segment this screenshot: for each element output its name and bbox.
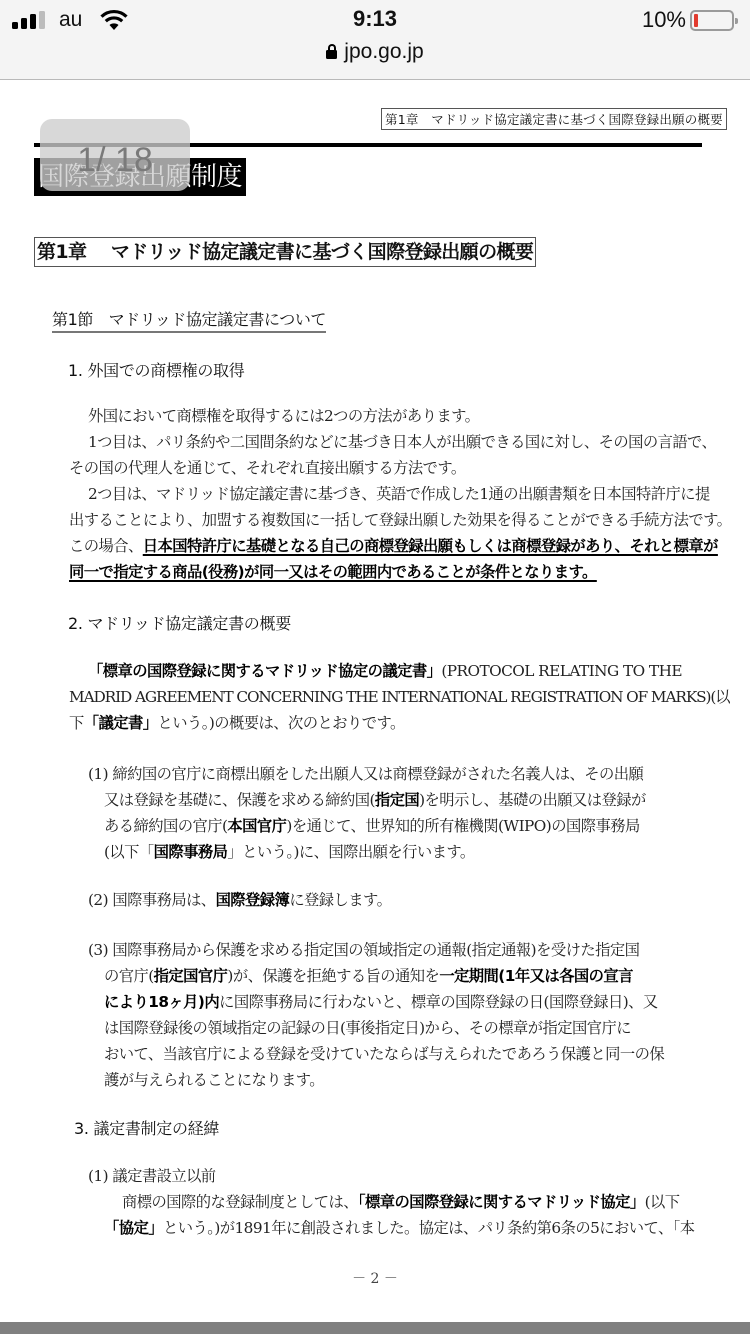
paragraph-line: 同一で指定する商品(役務)が同一又はその範囲内であることが条件となります。 xyxy=(69,559,597,585)
text: (PROTOCOL RELATING TO THE xyxy=(441,662,682,680)
emphasis-text: 本国官庁 xyxy=(227,817,286,835)
paragraph-line: ある締約国の官庁(本国官庁)を通じて、世界知的所有権機関(WIPO)の国際事務局 xyxy=(104,813,640,839)
text: 」という。)に、国際出願を行います。 xyxy=(227,843,474,861)
emphasis-text: 「標章の国際登録に関するマドリッド協定の議定書」 xyxy=(88,662,441,680)
page-number: － 2 － xyxy=(0,1268,750,1288)
paragraph-line: おいて、当該官庁による登録を受けていたならば与えられたであろう保護と同一の保 xyxy=(104,1041,664,1067)
paragraph-line: 外国において商標権を取得するには2つの方法があります。 xyxy=(88,403,479,429)
text: (以下 xyxy=(645,1193,680,1211)
emphasis-text: 国際登録簿 xyxy=(216,891,290,909)
chapter-heading: 第1章 マドリッド協定議定書に基づく国際登録出願の概要 xyxy=(34,237,536,267)
text: (以下「 xyxy=(104,843,154,861)
page-indicator-text: 1/ 18 xyxy=(40,141,190,180)
list-item-1: (1) 締約国の官庁に商標出願をした出願人又は商標登録がされた名義人は、その出願 xyxy=(88,761,643,787)
text: 又は登録を基礎に、保護を求める締約国( xyxy=(104,791,375,809)
url-text: jpo.go.jp xyxy=(344,40,423,63)
paragraph-line: この場合、日本国特許庁に基礎となる自己の商標登録出願もしくは商標登録があり、それ… xyxy=(69,533,718,559)
heading-2: 2. マドリッド協定議定書の概要 xyxy=(68,611,291,634)
paragraph-line: の官庁(指定国官庁)が、保護を拒絶する旨の通知を一定期間(1年又は各国の宣言 xyxy=(104,963,633,989)
paragraph-line: 2つ目は、マドリッド協定議定書に基づき、英語で作成した1通の出願書類を日本国特許… xyxy=(88,481,710,507)
heading-3: 3. 議定書制定の経緯 xyxy=(74,1116,219,1139)
text: に国際事務局に行わないと、標章の国際登録の日(国際登録日)、又 xyxy=(219,993,658,1011)
paragraph-line: により18ヶ月)内に国際事務局に行わないと、標章の国際登録の日(国際登録日)、又 xyxy=(104,989,658,1015)
paragraph-line: 商標の国際的な登録制度としては、「標章の国際登録に関するマドリッド協定」(以下 xyxy=(122,1189,680,1215)
emphasis-text: 「議定書」 xyxy=(84,714,158,732)
emphasis-text: 「標章の国際登録に関するマドリッド協定」 xyxy=(358,1193,645,1211)
address-bar[interactable]: jpo.go.jp xyxy=(0,40,750,72)
text: という。)が1891年に創設されました。協定は、パリ条約第6条の5において、「本 xyxy=(163,1219,695,1237)
emphasis-text: 指定国 xyxy=(375,791,419,809)
text: の官庁( xyxy=(104,967,154,985)
text: 下 xyxy=(69,714,84,732)
emphasis-text: 「協定」 xyxy=(104,1219,163,1237)
text: (2) 国際事務局は、 xyxy=(88,891,216,909)
list-item-3: (3) 国際事務局から保護を求める指定国の領域指定の通報(指定通報)を受けた指定… xyxy=(88,937,639,963)
battery-icon xyxy=(690,10,734,31)
emphasis-text: 指定国官庁 xyxy=(154,967,228,985)
text: )が、保護を拒絶する旨の通知を xyxy=(227,967,439,985)
paragraph-line: 下「議定書」という。)の概要は、次のとおりです。 xyxy=(69,710,405,736)
paragraph-line: 出することにより、加盟する複数国に一括して登録出願した効果を得ることができる手続… xyxy=(69,507,731,533)
text: )を明示し、基礎の出願又は登録が xyxy=(419,791,646,809)
text: )を通じて、世界知的所有権機関(WIPO)の国際事務局 xyxy=(286,817,639,835)
section-heading: 第1節 マドリッド協定議定書について xyxy=(52,307,326,333)
text: に登録します。 xyxy=(289,891,391,909)
battery-percentage: 10% xyxy=(642,7,686,33)
lock-icon xyxy=(326,44,337,59)
paragraph-line: MADRID AGREEMENT CONCERNING THE INTERNAT… xyxy=(69,684,729,710)
heading-1: 1. 外国での商標権の取得 xyxy=(68,358,244,381)
text: この場合、 xyxy=(69,537,143,555)
paragraph-line: 「協定」という。)が1891年に創設されました。協定は、パリ条約第6条の5におい… xyxy=(104,1215,695,1241)
paragraph-line: (以下「国際事務局」という。)に、国際出願を行います。 xyxy=(104,839,475,865)
clock: 9:13 xyxy=(0,6,750,32)
emphasis-text: により18ヶ月)内 xyxy=(104,993,219,1011)
running-header: 第1章 マドリッド協定議定書に基づく国際登録出願の概要 xyxy=(381,108,727,130)
page-indicator: 1/ 18 xyxy=(40,119,190,191)
paragraph-line: 護が与えられることになります。 xyxy=(104,1067,324,1093)
text: ある締約国の官庁( xyxy=(104,817,227,835)
paragraph-line: 1つ目は、パリ条約や二国間条約などに基づき日本人が出願できる国に対し、その国の言… xyxy=(88,429,716,455)
text: 商標の国際的な登録制度としては、 xyxy=(122,1193,358,1211)
emphasis-text: 日本国特許庁に基礎となる自己の商標登録出願もしくは商標登録があり、それと標章が xyxy=(143,537,718,555)
paragraph-line: は国際登録後の領域指定の記録の日(事後指定日)から、その標章が指定国官庁に xyxy=(104,1015,631,1041)
list-item-2: (2) 国際事務局は、国際登録簿に登録します。 xyxy=(88,887,391,913)
paragraph-line: 又は登録を基礎に、保護を求める締約国(指定国)を明示し、基礎の出願又は登録が xyxy=(104,787,646,813)
emphasis-text: 一定期間(1年又は各国の宣言 xyxy=(439,967,633,985)
emphasis-text: 同一で指定する商品(役務)が同一又はその範囲内であることが条件となります。 xyxy=(69,563,597,581)
emphasis-text: 国際事務局 xyxy=(154,843,228,861)
browser-chrome: au 9:13 10% jpo.go.jp xyxy=(0,0,750,80)
status-bar: au 9:13 10% xyxy=(0,0,750,40)
paragraph-line: その国の代理人を通じて、それぞれ直接出願する方法です。 xyxy=(69,455,466,481)
paragraph-line: 「標章の国際登録に関するマドリッド協定の議定書」(PROTOCOL RELATI… xyxy=(88,658,682,684)
text: という。)の概要は、次のとおりです。 xyxy=(158,714,405,732)
pdf-page[interactable]: 第1章 マドリッド協定議定書に基づく国際登録出願の概要 国際登録出願制度 1/ … xyxy=(0,81,750,1321)
subheading: (1) 議定書設立以前 xyxy=(88,1163,216,1189)
page-separator xyxy=(0,1322,750,1334)
